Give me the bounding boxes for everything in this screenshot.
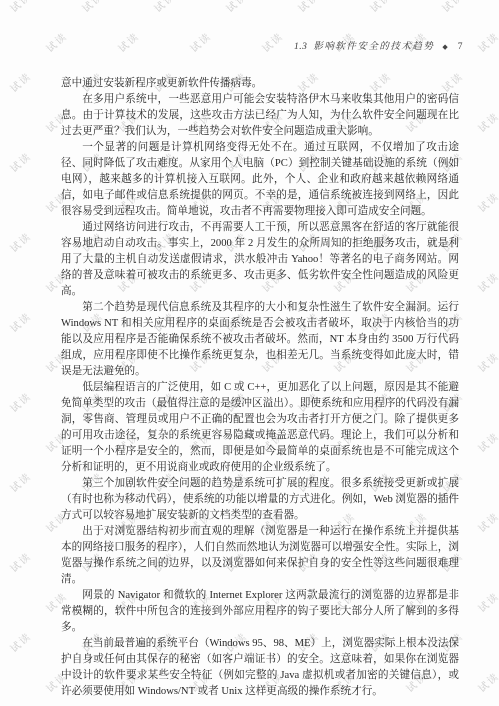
trial-watermark: 试读 [222, 0, 250, 15]
body-paragraph: 出于对浏览器结构初步而直观的理解（浏览器是一种运行在操作系统上并提供基本的网络接… [61, 524, 459, 588]
trial-watermark: 试读 [6, 228, 34, 255]
body-paragraph: 第三个加剧软件安全问题的趋势是系统可扩展的程度。很多系统接受更新或扩展（有时也称… [61, 476, 459, 524]
body-paragraph: 在当前最普遍的系统平台（Windows 95、98、ME）上，浏览器实际上根本没… [61, 636, 459, 700]
trial-watermark: 试读 [438, 0, 466, 15]
section-number: 1.3 [294, 42, 307, 52]
book-page: 试读试读试读试读试读试读试读试读试读试读试读试读试读试读试读试读试读试读试读试读… [0, 0, 499, 706]
trial-watermark: 试读 [6, 68, 34, 95]
body-paragraph: 在多用户系统中，一些恶意用户可能会安装特洛伊木马来收集其他用户的密码信息。由于计… [61, 92, 459, 140]
trial-watermark: 试读 [474, 108, 499, 135]
body-text: 意中通过安装新程序或更新软件传播病毒。在多用户系统中，一些恶意用户可能会安装特洛… [61, 76, 459, 700]
body-paragraph: 一个显著的问题是计算机网络变得无处不在。通过互联网，不仅增加了攻击途径、同时降低… [61, 140, 459, 220]
trial-watermark: 试读 [474, 668, 499, 695]
body-paragraph: 低层编程语言的广泛使用，如 C 或 C++，更加恶化了以上问题，原因是其不能避免… [61, 380, 459, 476]
trial-watermark: 试读 [474, 508, 499, 535]
trial-watermark: 试读 [366, 0, 394, 15]
trial-watermark: 试读 [150, 0, 178, 15]
diamond-separator-icon: ◆ [442, 43, 447, 51]
trial-watermark: 试读 [114, 28, 142, 55]
page-number: 7 [458, 42, 463, 52]
body-paragraph: 通过网络访问进行攻击，不再需要人工干预，所以恶意黑客在舒适的客厅就能很容易地启动… [61, 220, 459, 300]
trial-watermark: 试读 [474, 28, 499, 55]
trial-watermark: 试读 [474, 268, 499, 295]
trial-watermark: 试读 [6, 628, 34, 655]
trial-watermark: 试读 [42, 28, 70, 55]
trial-watermark: 试读 [6, 0, 34, 15]
trial-watermark: 试读 [6, 308, 34, 335]
trial-watermark: 试读 [474, 588, 499, 615]
trial-watermark: 试读 [474, 348, 499, 375]
trial-watermark: 试读 [294, 0, 322, 15]
body-paragraph: 意中通过安装新程序或更新软件传播病毒。 [61, 76, 459, 92]
trial-watermark: 试读 [6, 148, 34, 175]
section-title: 影响软件安全的技术趋势 [313, 38, 434, 52]
trial-watermark: 试读 [78, 0, 106, 15]
trial-watermark: 试读 [474, 428, 499, 455]
trial-watermark: 试读 [258, 28, 286, 55]
trial-watermark: 试读 [6, 388, 34, 415]
trial-watermark: 试读 [474, 188, 499, 215]
trial-watermark: 试读 [6, 468, 34, 495]
page-header: 1.3 影响软件安全的技术趋势 ◆ 7 [294, 38, 463, 52]
trial-watermark: 试读 [186, 28, 214, 55]
body-paragraph: 第二个趋势是现代信息系统及其程序的大小和复杂性滋生了软件安全漏洞。运行 Wind… [61, 300, 459, 380]
trial-watermark: 试读 [6, 548, 34, 575]
body-paragraph: 网景的 Navigator 和微软的 Internet Explorer 这两款… [61, 588, 459, 636]
